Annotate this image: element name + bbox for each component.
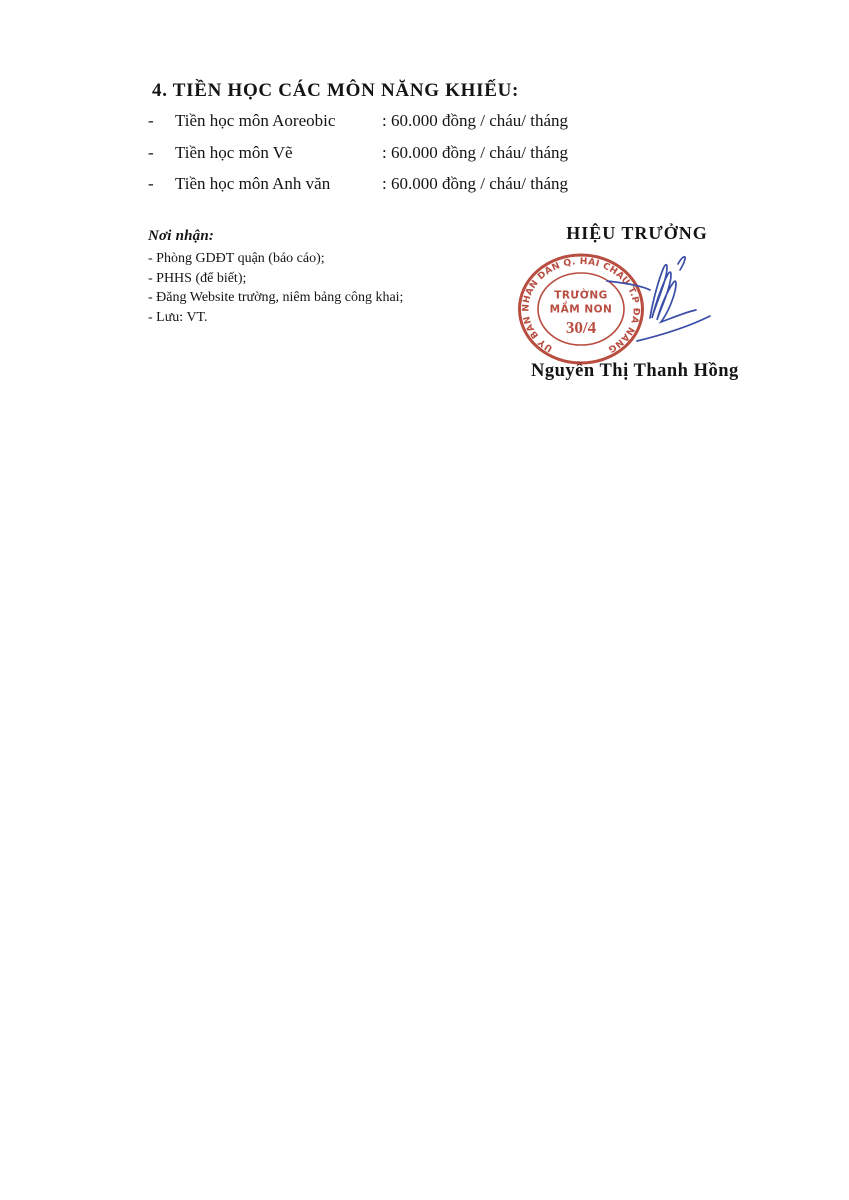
fee-list-item: - Tiền học môn Anh văn : 60.000 đồng / c… [148,174,708,206]
recipients-title: Nơi nhận: [148,228,488,245]
signature-lead-stroke [607,281,650,290]
recipient-line: - Lưu: VT. [148,308,488,328]
recipient-line: - PHHS (để biết); [148,269,488,289]
recipients-block: Nơi nhận: - Phòng GDĐT quận (báo cáo); -… [148,228,488,327]
fee-list-item: - Tiền học môn Vẽ : 60.000 đồng / cháu/ … [148,143,708,175]
signature-tail-stroke [637,316,710,341]
fee-label: Tiền học môn Aoreobic [175,111,382,131]
fee-value: : 60.000 đồng / cháu/ tháng [382,174,708,194]
section-heading: 4. TIỀN HỌC CÁC MÔN NĂNG KHIẾU: [152,80,519,102]
fee-label: Tiền học môn Vẽ [175,143,382,163]
bullet-dash: - [148,143,175,163]
document-page: 4. TIỀN HỌC CÁC MÔN NĂNG KHIẾU: - Tiền h… [0,0,849,1200]
handwritten-signature [540,250,725,350]
signer-role-title: HIỆU TRƯỞNG [556,223,718,244]
fee-label: Tiền học môn Anh văn [175,174,382,194]
signature-accent-tick [678,257,685,270]
fee-list: - Tiền học môn Aoreobic : 60.000 đồng / … [148,111,708,206]
bullet-dash: - [148,174,175,194]
recipient-line: - Phòng GDĐT quận (báo cáo); [148,249,488,269]
signature-loops [650,265,696,322]
recipient-line: - Đăng Website trường, niêm bảng công kh… [148,288,488,308]
fee-value: : 60.000 đồng / cháu/ tháng [382,143,708,163]
fee-list-item: - Tiền học môn Aoreobic : 60.000 đồng / … [148,111,708,143]
fee-value: : 60.000 đồng / cháu/ tháng [382,111,708,131]
bullet-dash: - [148,111,175,131]
